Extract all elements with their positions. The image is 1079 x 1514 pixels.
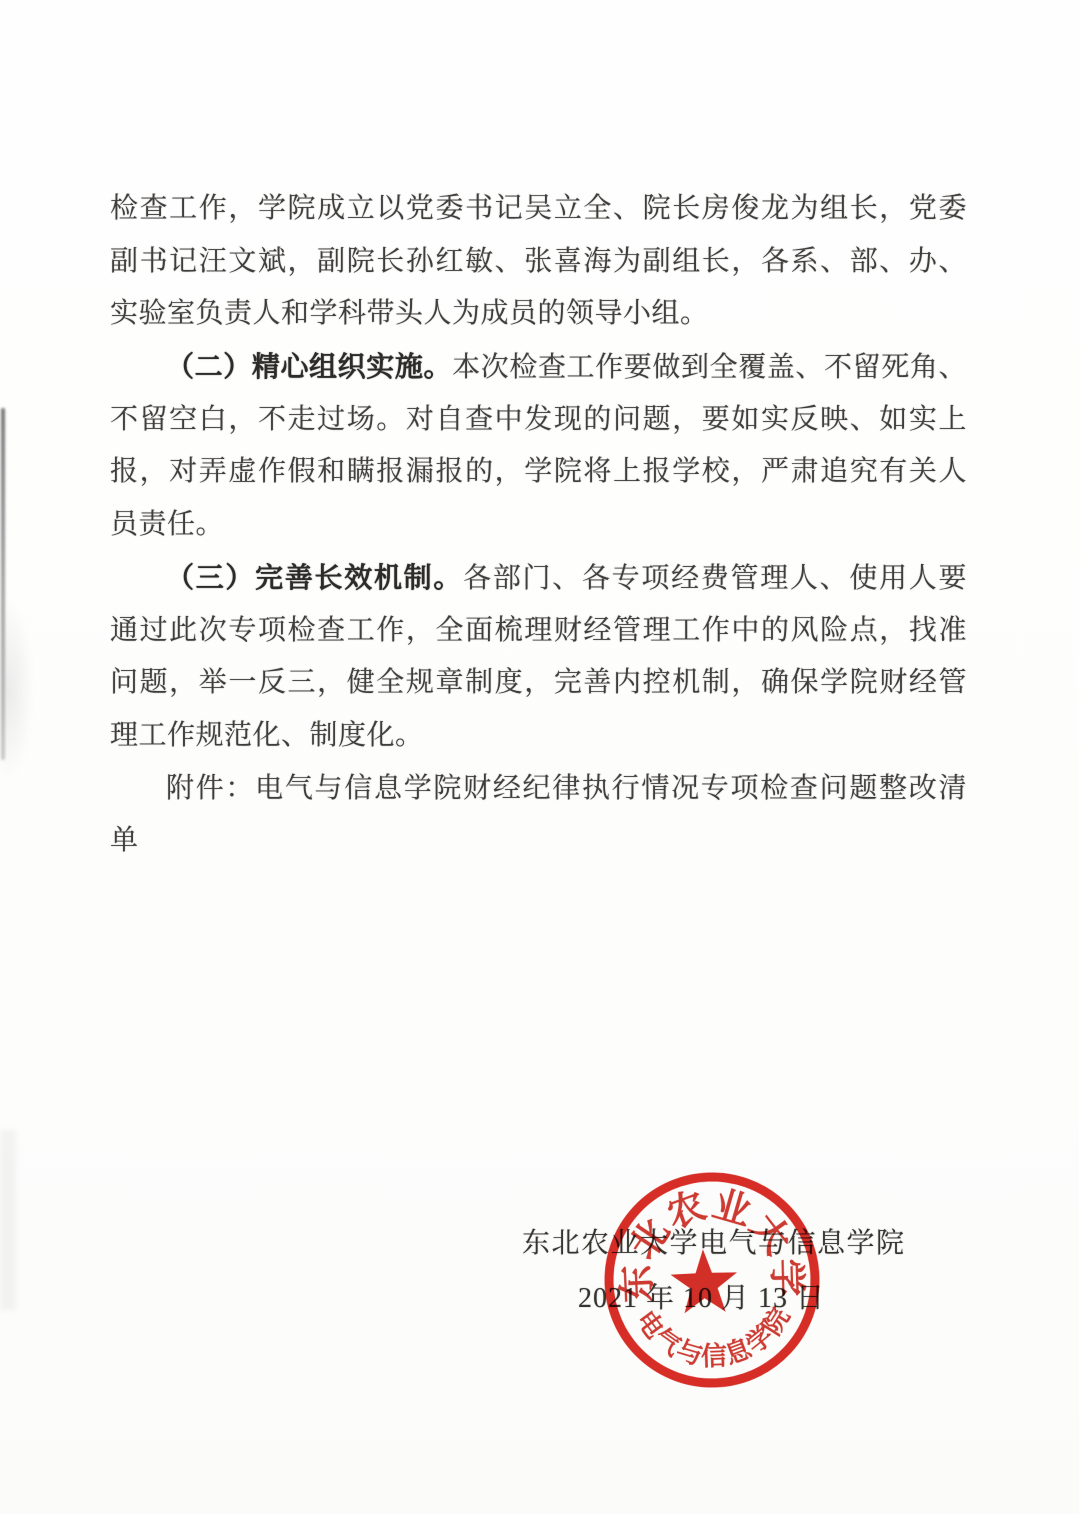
text-segment: 问题，举一反三，健全规章制度，完善内控机制，确保学院财经管 [110, 667, 967, 698]
scan-artifact-smudge [0, 600, 34, 780]
text-line: （三）完善长效机制。各部门、各专项经费管理人、使用人要 [110, 552, 967, 605]
text-segment: 单 [110, 825, 139, 856]
text-segment: 本次检查工作要做到全覆盖、不留死角、 [452, 352, 967, 383]
document-page: 检查工作，学院成立以党委书记吴立全、院长房俊龙为组长，党委副书记汪文斌，副院长孙… [0, 0, 1079, 1514]
official-seal-stamp: 东北农业大学 电气与信息学院 [588, 1156, 836, 1404]
text-line: 实验室负责人和学科带头人为成员的领导小组。 [110, 288, 967, 341]
seal-star-icon [670, 1248, 739, 1314]
text-segment: 不留空白，不走过场。对自查中发现的问题，要如实反映、如实上 [110, 404, 967, 435]
text-segment: 附件：电气与信息学院财经纪律执行情况专项检查问题整改清 [166, 773, 967, 804]
text-line: 问题，举一反三，健全规章制度，完善内控机制，确保学院财经管 [110, 657, 967, 710]
text-line: 理工作规范化、制度化。 [110, 710, 967, 763]
document-body: 检查工作，学院成立以党委书记吴立全、院长房俊龙为组长，党委副书记汪文斌，副院长孙… [110, 183, 967, 868]
text-line: 不留空白，不走过场。对自查中发现的问题，要如实反映、如实上 [110, 394, 967, 447]
text-line: 副书记汪文斌，副院长孙红敏、张喜海为副组长，各系、部、办、 [110, 236, 967, 289]
text-segment: 各部门、各专项经费管理人、使用人要 [463, 563, 967, 594]
text-line: 检查工作，学院成立以党委书记吴立全、院长房俊龙为组长，党委 [110, 183, 967, 236]
text-segment: 副书记汪文斌，副院长孙红敏、张喜海为副组长，各系、部、办、 [110, 246, 967, 277]
text-line: 通过此次专项检查工作，全面梳理财经管理工作中的风险点，找准 [110, 605, 967, 658]
text-line: 单 [110, 815, 967, 868]
text-segment: 实验室负责人和学科带头人为成员的领导小组。 [110, 298, 709, 329]
text-line: 报，对弄虚作假和瞒报漏报的，学院将上报学校，严肃追究有关人 [110, 446, 967, 499]
heading-segment: （三）完善长效机制。 [166, 562, 463, 593]
text-line: 附件：电气与信息学院财经纪律执行情况专项检查问题整改清 [110, 763, 967, 816]
text-line: 员责任。 [110, 499, 967, 552]
scan-artifact-smudge [0, 1130, 16, 1310]
text-segment: 检查工作，学院成立以党委书记吴立全、院长房俊龙为组长，党委 [110, 193, 967, 224]
text-segment: 理工作规范化、制度化。 [110, 720, 424, 751]
text-line: （二）精心组织实施。本次检查工作要做到全覆盖、不留死角、 [110, 341, 967, 394]
text-segment: 通过此次专项检查工作，全面梳理财经管理工作中的风险点，找准 [110, 615, 967, 646]
heading-segment: （二）精心组织实施。 [166, 351, 452, 382]
text-segment: 员责任。 [110, 509, 224, 540]
text-segment: 报，对弄虚作假和瞒报漏报的，学院将上报学校，严肃追究有关人 [110, 456, 967, 487]
